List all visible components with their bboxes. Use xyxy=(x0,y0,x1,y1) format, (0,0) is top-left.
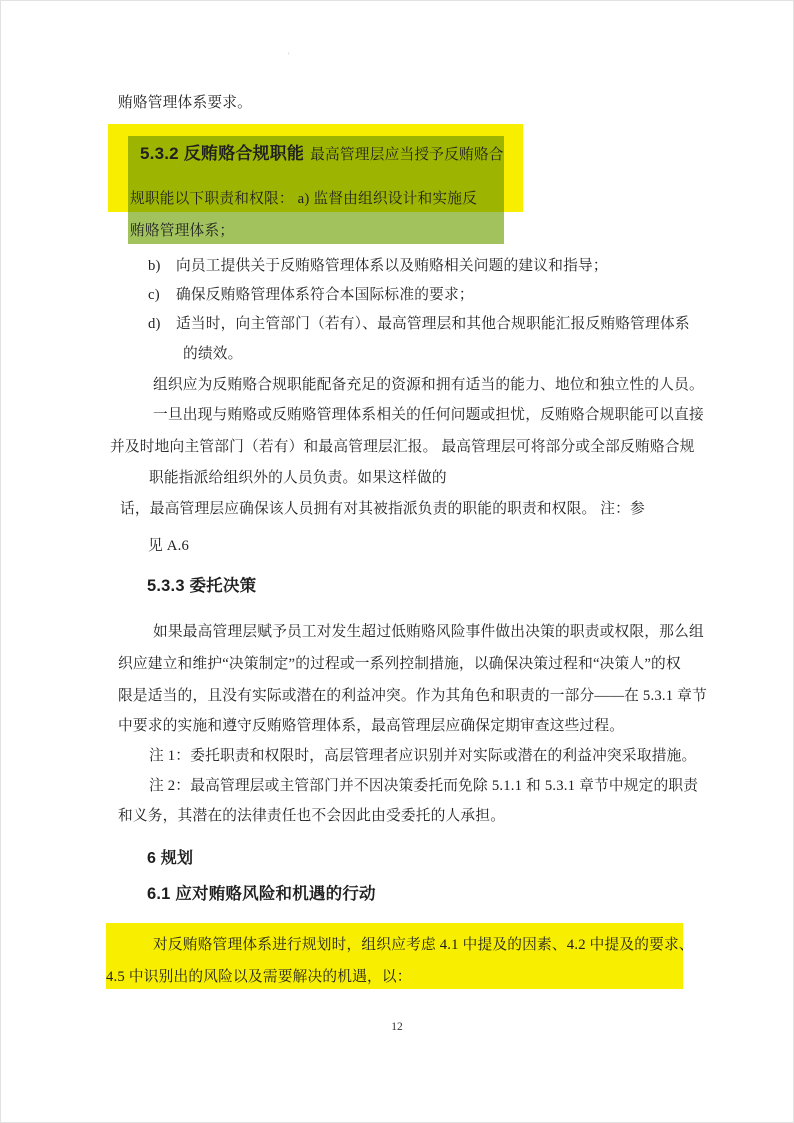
list-marker-d: d) xyxy=(148,316,161,333)
highlight-para-line2: 4.5 中识别出的风险以及需要解决的机遇，以： xyxy=(106,969,412,986)
section-532-heading: 5.3.2 反贿赂合规职能 xyxy=(140,144,304,163)
list-item-d: 适当时，向主管部门（若有）、最高管理层和其他合规职能汇报反贿赂管理体系 xyxy=(176,316,690,333)
highlight-para-line1: 对反贿赂管理体系进行规划时，组织应考虑 4.1 中提及的因素、4.2 中提及的要… xyxy=(153,937,694,954)
list-item-b: 向员工提供关于反贿赂管理体系以及贿赂相关问题的建议和指导； xyxy=(176,258,608,275)
para1-line5: 话，最高管理层应确保该人员拥有对其被指派负责的职能的职责和权限。 注：参 xyxy=(120,501,645,518)
page-number: 12 xyxy=(1,1021,793,1033)
list-item-d-cont: 的绩效。 xyxy=(183,346,243,363)
para1-line2: 一旦出现与贿赂或反贿赂管理体系相关的任何问题或担忧，反贿赂合规职能可以直接 xyxy=(153,407,704,424)
para2-line3: 限是适当的，且没有实际或潜在的利益冲突。作为其角色和职责的一部分——在 5.3.… xyxy=(118,688,707,705)
list-marker-b: b) xyxy=(148,258,161,275)
note2-line2: 和义务，其潜在的法律责任也不会因此由受委托的人承担。 xyxy=(118,808,505,825)
section-532-heading-tail: 最高管理层应当授予反贿赂合 xyxy=(310,147,504,163)
section-61-heading: 6.1 应对贿赂风险和机遇的行动 xyxy=(147,885,376,904)
document-page: ' 贿赂管理体系要求。 5.3.2 反贿赂合规职能最高管理层应当授予反贿赂合 规… xyxy=(0,0,794,1123)
section-6-heading: 6 规划 xyxy=(147,850,193,868)
note2-line1: 注 2：最高管理层或主管部门并不因决策委托而免除 5.1.1 和 5.3.1 章… xyxy=(149,778,698,795)
section-532-line3: 贿赂管理体系； xyxy=(130,223,234,240)
note1-line: 注 1：委托职责和权限时，高层管理者应识别并对实际或潜在的利益冲突采取措施。 xyxy=(149,748,696,765)
section-533-heading: 5.3.3 委托决策 xyxy=(147,577,256,596)
list-marker-c: c) xyxy=(148,287,160,304)
para2-line2: 织应建立和维护“决策制定”的过程或一系列控制措施，以确保决策过程和“决策人”的权 xyxy=(118,656,681,673)
intro-line: 贿赂管理体系要求。 xyxy=(118,95,252,112)
para1-line3: 并及时地向主管部门（若有）和最高管理层汇报。 最高管理层可将部分或全部反贿赂合规 xyxy=(110,439,695,456)
para2-line4: 中要求的实施和遵守反贿赂管理体系，最高管理层应确保定期审查这些过程。 xyxy=(118,718,624,735)
para1-line6: 见 A.6 xyxy=(148,538,189,555)
list-item-c: 确保反贿赂管理体系符合本国际标准的要求； xyxy=(176,287,474,304)
section-532-line1: 5.3.2 反贿赂合规职能最高管理层应当授予反贿赂合 xyxy=(140,144,504,164)
para1-line1: 组织应为反贿赂合规职能配备充足的资源和拥有适当的能力、地位和独立性的人员。 xyxy=(153,377,704,394)
stray-mark: ' xyxy=(288,51,290,61)
para1-line4: 职能指派给组织外的人员负责。如果这样做的 xyxy=(149,470,447,487)
para2-line1: 如果最高管理层赋予员工对发生超过低贿赂风险事件做出决策的职责或权限，那么组 xyxy=(153,624,704,641)
section-532-line2: 规职能以下职责和权限： a) 监督由组织设计和实施反 xyxy=(130,191,477,208)
